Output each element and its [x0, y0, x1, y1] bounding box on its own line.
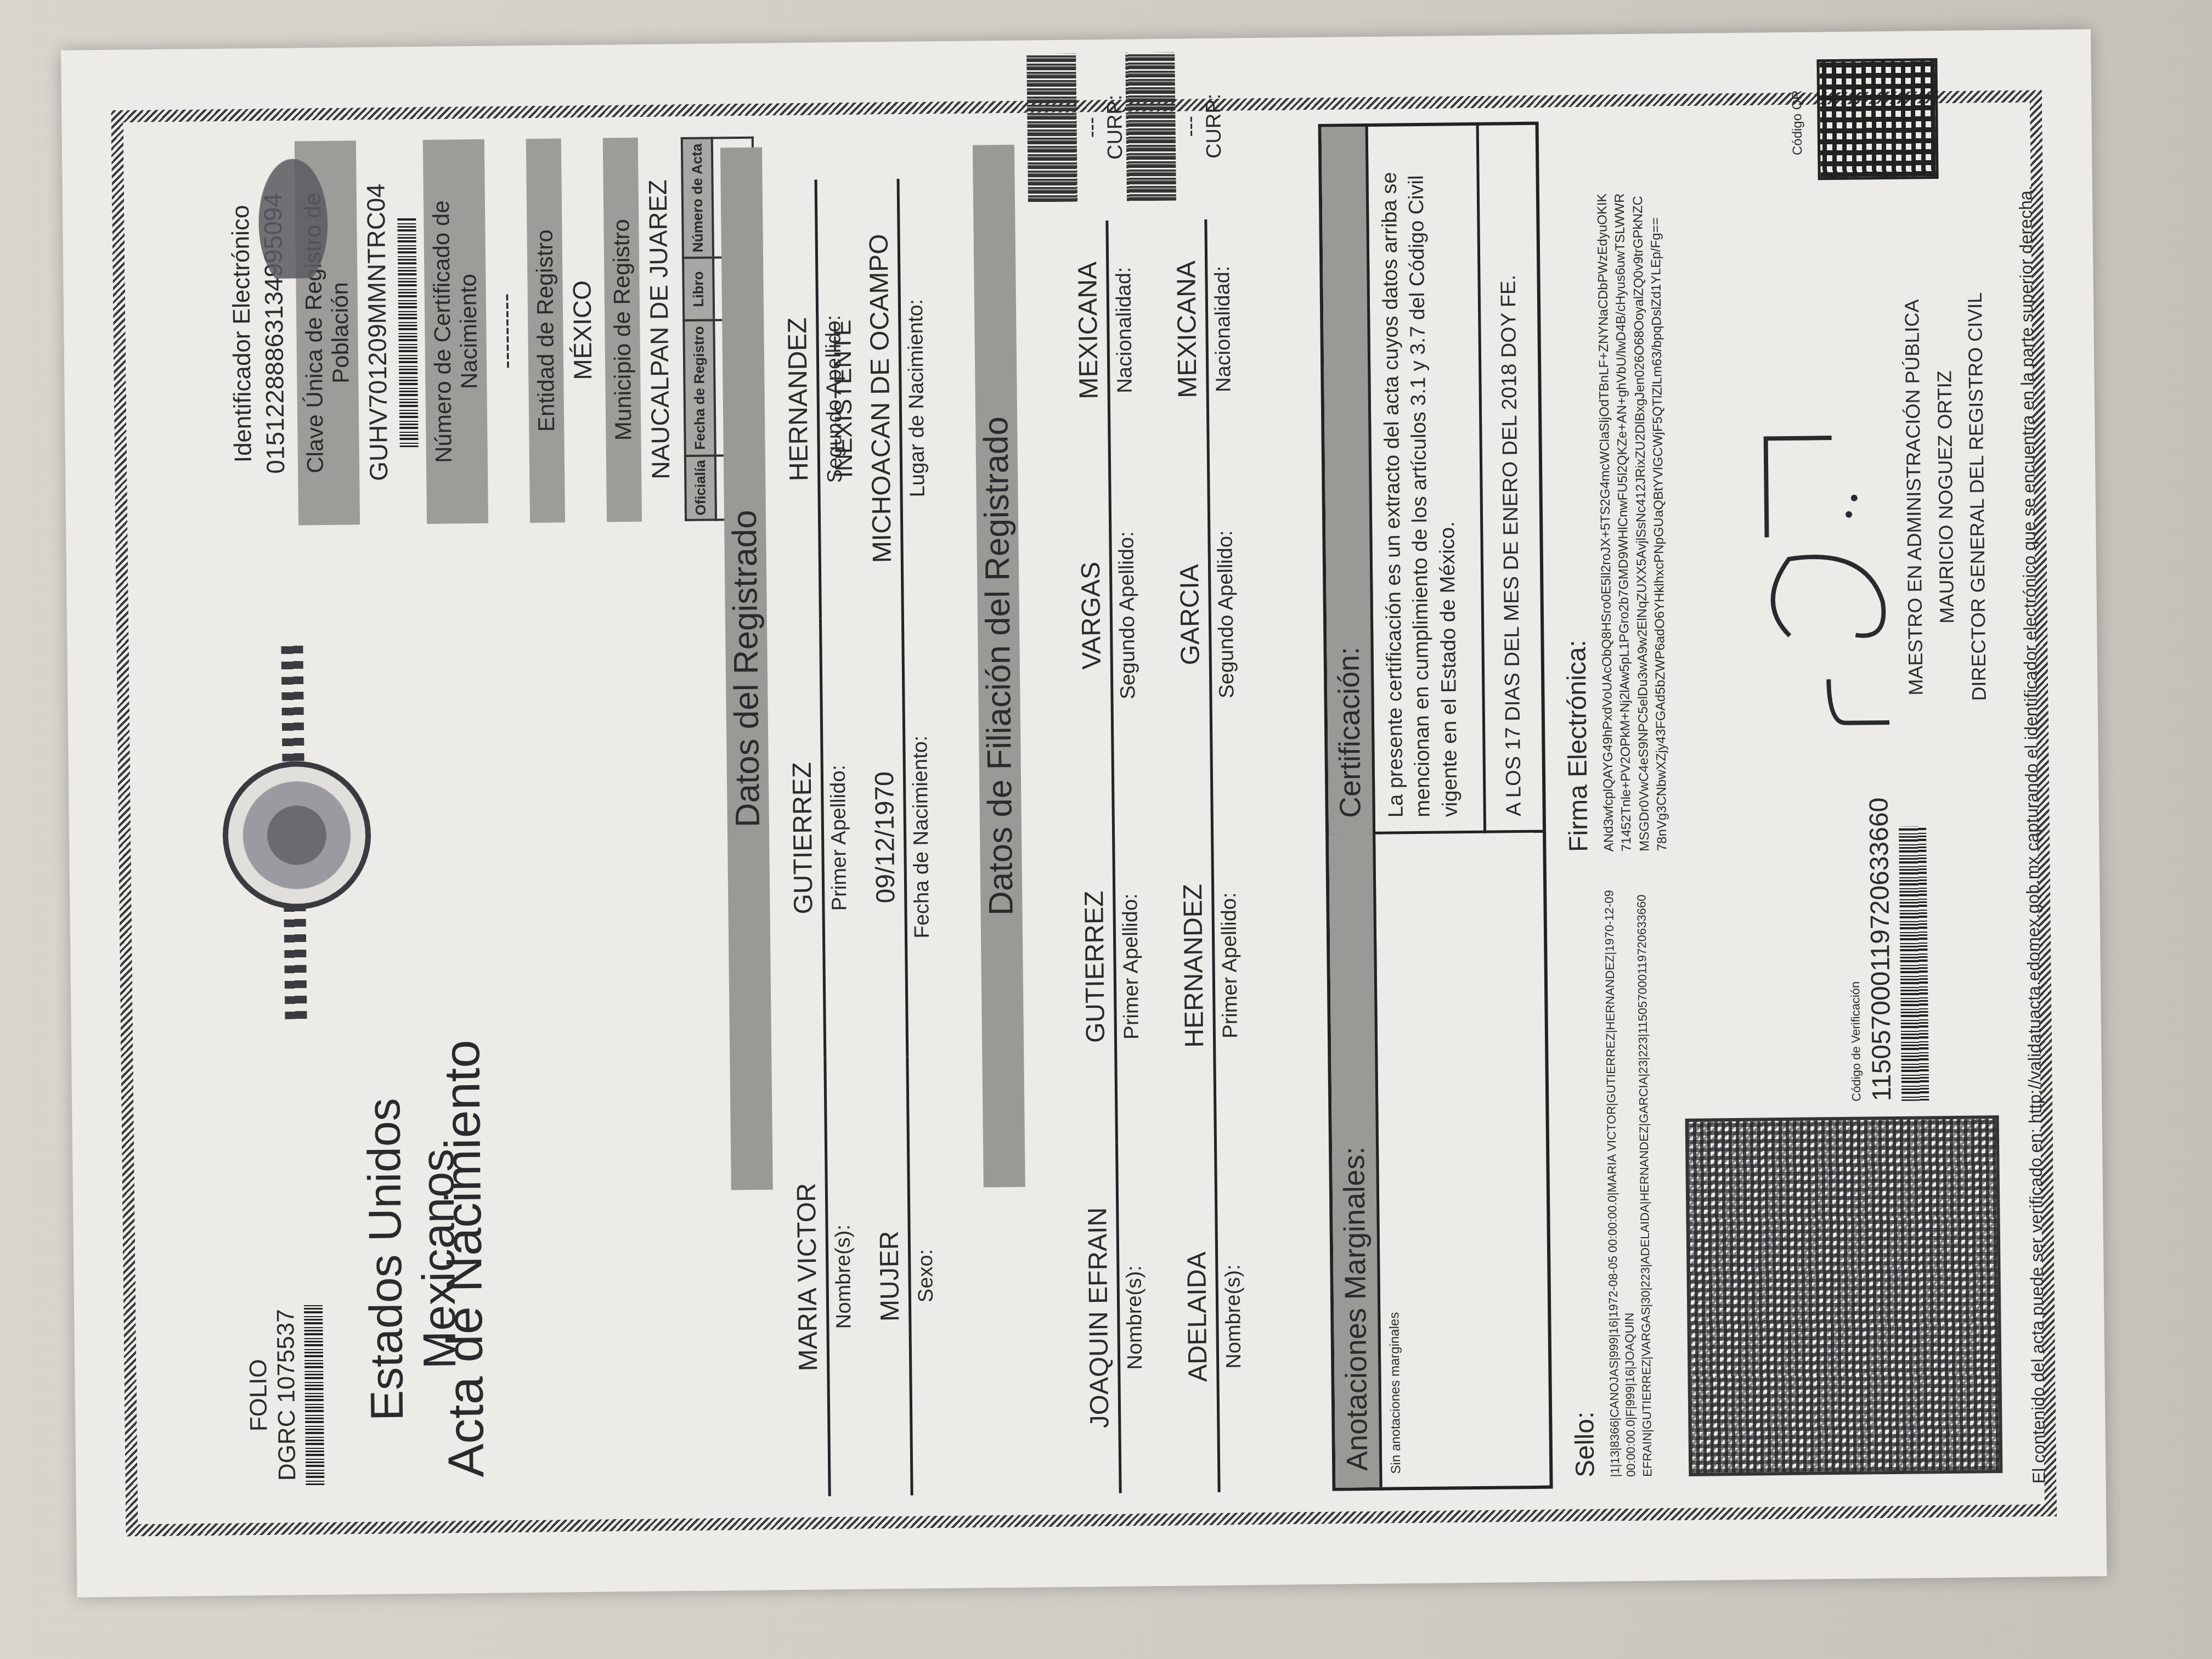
cert-nac-label: Número de Certificado de Nacimiento	[423, 139, 488, 524]
registrado-fecha-nacimiento: 09/12/1970 Fecha de Nacimiento:	[868, 617, 935, 1057]
folio-block: FOLIO DGRC 1075537	[244, 1304, 325, 1486]
certificacion-text: La presente certificación es un extracto…	[1368, 126, 1472, 834]
madre-curp-barcode	[1125, 53, 1176, 201]
registrado-lugar-nacimiento: MICHOACAN DE OCAMPO Lugar de Nacimiento:	[864, 178, 931, 618]
registrado-curp-status: INEXISTENTE	[828, 179, 860, 618]
cert-nac-value: ---------	[489, 139, 522, 523]
header-oficialia: Oficialía	[685, 455, 716, 520]
anotaciones-panel: Anotaciones Marginales: Sin anotaciones …	[1329, 830, 1549, 1487]
entidad-value: MÉXICO	[566, 138, 599, 523]
madre-nacionalidad: MEXICANA Nacionalidad:	[1171, 219, 1236, 439]
madre-nombre: ADELAIDA Nombre(s):	[1181, 1141, 1248, 1492]
annotations-certification-box: Anotaciones Marginales: Sin anotaciones …	[1318, 122, 1553, 1491]
firma-text: ANd3wfcplQAYG49hPxdVoUAcObQ8HSro0E5ll2ro…	[1594, 193, 1672, 851]
padre-curp-barcode	[1026, 53, 1077, 202]
fret-ornament-left	[284, 898, 307, 1019]
registrado-nombre: MARIA VICTOR Nombre(s):	[790, 1057, 857, 1497]
padre-nacionalidad: MEXICANA Nacionalidad:	[1072, 220, 1137, 440]
qr-code	[1816, 58, 1938, 180]
fret-ornament-right	[281, 640, 304, 761]
coat-of-arms-seal-icon	[222, 760, 372, 910]
padre-nombre: JOAQUIN EFRAIN Nombre(s):	[1082, 1142, 1149, 1493]
security-qr-code	[1685, 1115, 2003, 1476]
sello-block: Sello: |1|13|8366|CANOJAS|999|16|1972-08…	[1562, 862, 1656, 1478]
curp-value: GUHV701209MMNTRC04	[360, 140, 394, 525]
section-datos-filiacion: Datos de Filiación del Registrado	[973, 145, 1025, 1188]
municipio-value: NAUCALPAN DE JUAREZ	[642, 137, 676, 522]
folio-label: FOLIO	[244, 1305, 274, 1486]
registry-info: Identificador Electrónico 01512288863134…	[227, 137, 758, 526]
certificacion-date: A LOS 17 DIAS DEL MES DE ENERO DEL 2018 …	[1476, 125, 1543, 833]
birth-certificate-page: FOLIO DGRC 1075537 Estados Unidos Mexica…	[61, 29, 2107, 1598]
handwritten-signature-icon	[1721, 360, 1922, 746]
signature	[1721, 360, 1922, 746]
padre-primer-apellido: GUTIERREZ Primer Apellido:	[1078, 791, 1145, 1142]
header-fecha-registro: Fecha de Registro	[684, 320, 715, 456]
section-datos-registrado: Datos del Registrado	[720, 147, 773, 1190]
sello-text: |1|13|8366|CANOJAS|999|16|1972-08-05 00:…	[1600, 862, 1656, 1477]
madre-segundo-apellido: GARCIA Segundo Apellido:	[1173, 438, 1240, 790]
national-emblem	[166, 677, 466, 1020]
registrado-primer-apellido: GUTIERREZ Primer Apellido:	[786, 618, 853, 1058]
document-title: Acta de Nacimiento	[433, 1017, 496, 1500]
qr-label: Código QR	[1789, 65, 1805, 180]
verification-label: Código de Verificación	[1846, 798, 1864, 1102]
firma-block: Firma Electrónica: ANd3wfcplQAYG49hPxdVo…	[1555, 193, 1672, 852]
entidad-label: Entidad de Registro	[526, 138, 565, 523]
firma-title: Firma Electrónica:	[1555, 194, 1597, 853]
folio-value: DGRC 1075537	[272, 1304, 302, 1486]
madre-primer-apellido: HERNANDEZ Primer Apellido:	[1177, 789, 1244, 1141]
anotaciones-title: Anotaciones Marginales:	[1329, 834, 1382, 1487]
sello-title: Sello:	[1562, 863, 1604, 1478]
verification-code: Código de Verificación 11505700011972063…	[1846, 797, 1929, 1102]
header-libro: Libro	[683, 258, 714, 321]
padre-segundo-apellido: VARGAS Segundo Apellido:	[1075, 439, 1142, 791]
folio-barcode	[304, 1304, 324, 1485]
padre-curp: --- CURP:	[1026, 34, 1128, 222]
curp-barcode	[397, 217, 418, 447]
verification-value: 115057000119720633660	[1864, 797, 1897, 1101]
certificacion-panel: Certificación: La presente certificación…	[1322, 125, 1543, 835]
anotaciones-text: Sin anotaciones marginales	[1375, 834, 1410, 1487]
official-position: DIRECTOR GENERAL DEL REGISTRO CIVIL	[1958, 195, 1996, 799]
municipio-label: Municipio de Registro	[603, 138, 642, 522]
registrado-sexo: MUJER Sexo:	[872, 1056, 940, 1496]
official-signatory: MAESTRO EN ADMINISTRACIÓN PÚBLICA MAURIC…	[1895, 195, 1996, 799]
verification-barcode	[1899, 826, 1929, 1101]
header-numero-acta: Número de Acta	[682, 138, 713, 258]
madre-curp: --- CURP:	[1125, 33, 1227, 221]
certificacion-title: Certificación:	[1322, 127, 1375, 834]
state-map-icon	[249, 141, 338, 279]
